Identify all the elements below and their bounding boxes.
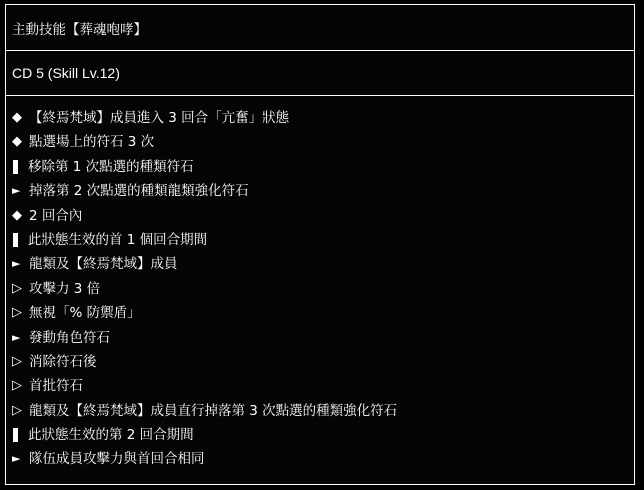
description-text: 無視「% 防禦盾」: [29, 301, 141, 325]
description-line: ► 龍類及【終焉梵域】成員: [12, 252, 634, 276]
description-text: 龍類及【終焉梵域】成員: [29, 252, 178, 276]
description-line: ► 掉落第 2 次點選的種類龍類強化符石: [12, 179, 634, 203]
skill-description: ◆ 【終焉梵域】成員進入 3 回合「亢奮」狀態 ◆ 點選場上的符石 3 次 移除…: [6, 96, 634, 472]
description-line: ▷ 無視「% 防禦盾」: [12, 301, 634, 325]
description-text: 移除第 1 次點選的種類符石: [28, 155, 194, 179]
skill-cooldown-row: CD 5 (Skill Lv.12): [6, 51, 634, 96]
diamond-bullet-icon: ◆: [12, 106, 27, 130]
description-line: 移除第 1 次點選的種類符石: [12, 155, 634, 179]
filled-triangle-bullet-icon: ►: [12, 179, 27, 203]
description-text: 此狀態生效的第 2 回合期間: [28, 423, 194, 447]
bar-bullet-icon: [13, 160, 18, 174]
outline-triangle-bullet-icon: ▷: [12, 350, 27, 374]
description-line: ▷ 龍類及【終焉梵域】成員直行掉落第 3 次點選的種類強化符石: [12, 399, 634, 423]
description-text: 2 回合內: [29, 204, 82, 228]
skill-title: 主動技能【葬魂咆哮】: [12, 18, 147, 38]
description-text: 攻擊力 3 倍: [29, 277, 100, 301]
diamond-bullet-icon: ◆: [12, 130, 27, 154]
description-line: 此狀態生效的首 1 個回合期間: [12, 228, 634, 252]
description-line: ▷ 攻擊力 3 倍: [12, 277, 634, 301]
diamond-bullet-icon: ◆: [12, 204, 27, 228]
description-line: 此狀態生效的第 2 回合期間: [12, 423, 634, 447]
description-line: ► 發動角色符石: [12, 326, 634, 350]
description-text: 消除符石後: [29, 350, 97, 374]
description-line: ◆ 2 回合內: [12, 204, 634, 228]
description-line: ► 隊伍成員攻擊力與首回合相同: [12, 447, 634, 471]
outline-triangle-bullet-icon: ▷: [12, 399, 27, 423]
skill-table: 主動技能【葬魂咆哮】 CD 5 (Skill Lv.12) ◆ 【終焉梵域】成員…: [5, 4, 635, 485]
outline-triangle-bullet-icon: ▷: [12, 374, 27, 398]
description-line: ▷ 消除符石後: [12, 350, 634, 374]
description-text: 點選場上的符石 3 次: [29, 130, 154, 154]
description-text: 此狀態生效的首 1 個回合期間: [28, 228, 207, 252]
bar-bullet-icon: [13, 233, 18, 247]
description-line: ▷ 首批符石: [12, 374, 634, 398]
skill-cooldown: CD 5 (Skill Lv.12): [12, 65, 120, 81]
description-text: 龍類及【終焉梵域】成員直行掉落第 3 次點選的種類強化符石: [29, 399, 397, 423]
outline-triangle-bullet-icon: ▷: [12, 301, 27, 325]
skill-title-row: 主動技能【葬魂咆哮】: [6, 5, 634, 51]
filled-triangle-bullet-icon: ►: [12, 326, 27, 350]
description-text: 發動角色符石: [29, 326, 110, 350]
description-line: ◆ 【終焉梵域】成員進入 3 回合「亢奮」狀態: [12, 106, 634, 130]
description-text: 隊伍成員攻擊力與首回合相同: [29, 447, 205, 471]
bar-bullet-icon: [13, 428, 18, 442]
filled-triangle-bullet-icon: ►: [12, 447, 27, 471]
outline-triangle-bullet-icon: ▷: [12, 277, 27, 301]
filled-triangle-bullet-icon: ►: [12, 252, 27, 276]
description-text: 【終焉梵域】成員進入 3 回合「亢奮」狀態: [29, 106, 289, 130]
description-text: 首批符石: [29, 374, 83, 398]
description-text: 掉落第 2 次點選的種類龍類強化符石: [29, 179, 249, 203]
description-line: ◆ 點選場上的符石 3 次: [12, 130, 634, 154]
